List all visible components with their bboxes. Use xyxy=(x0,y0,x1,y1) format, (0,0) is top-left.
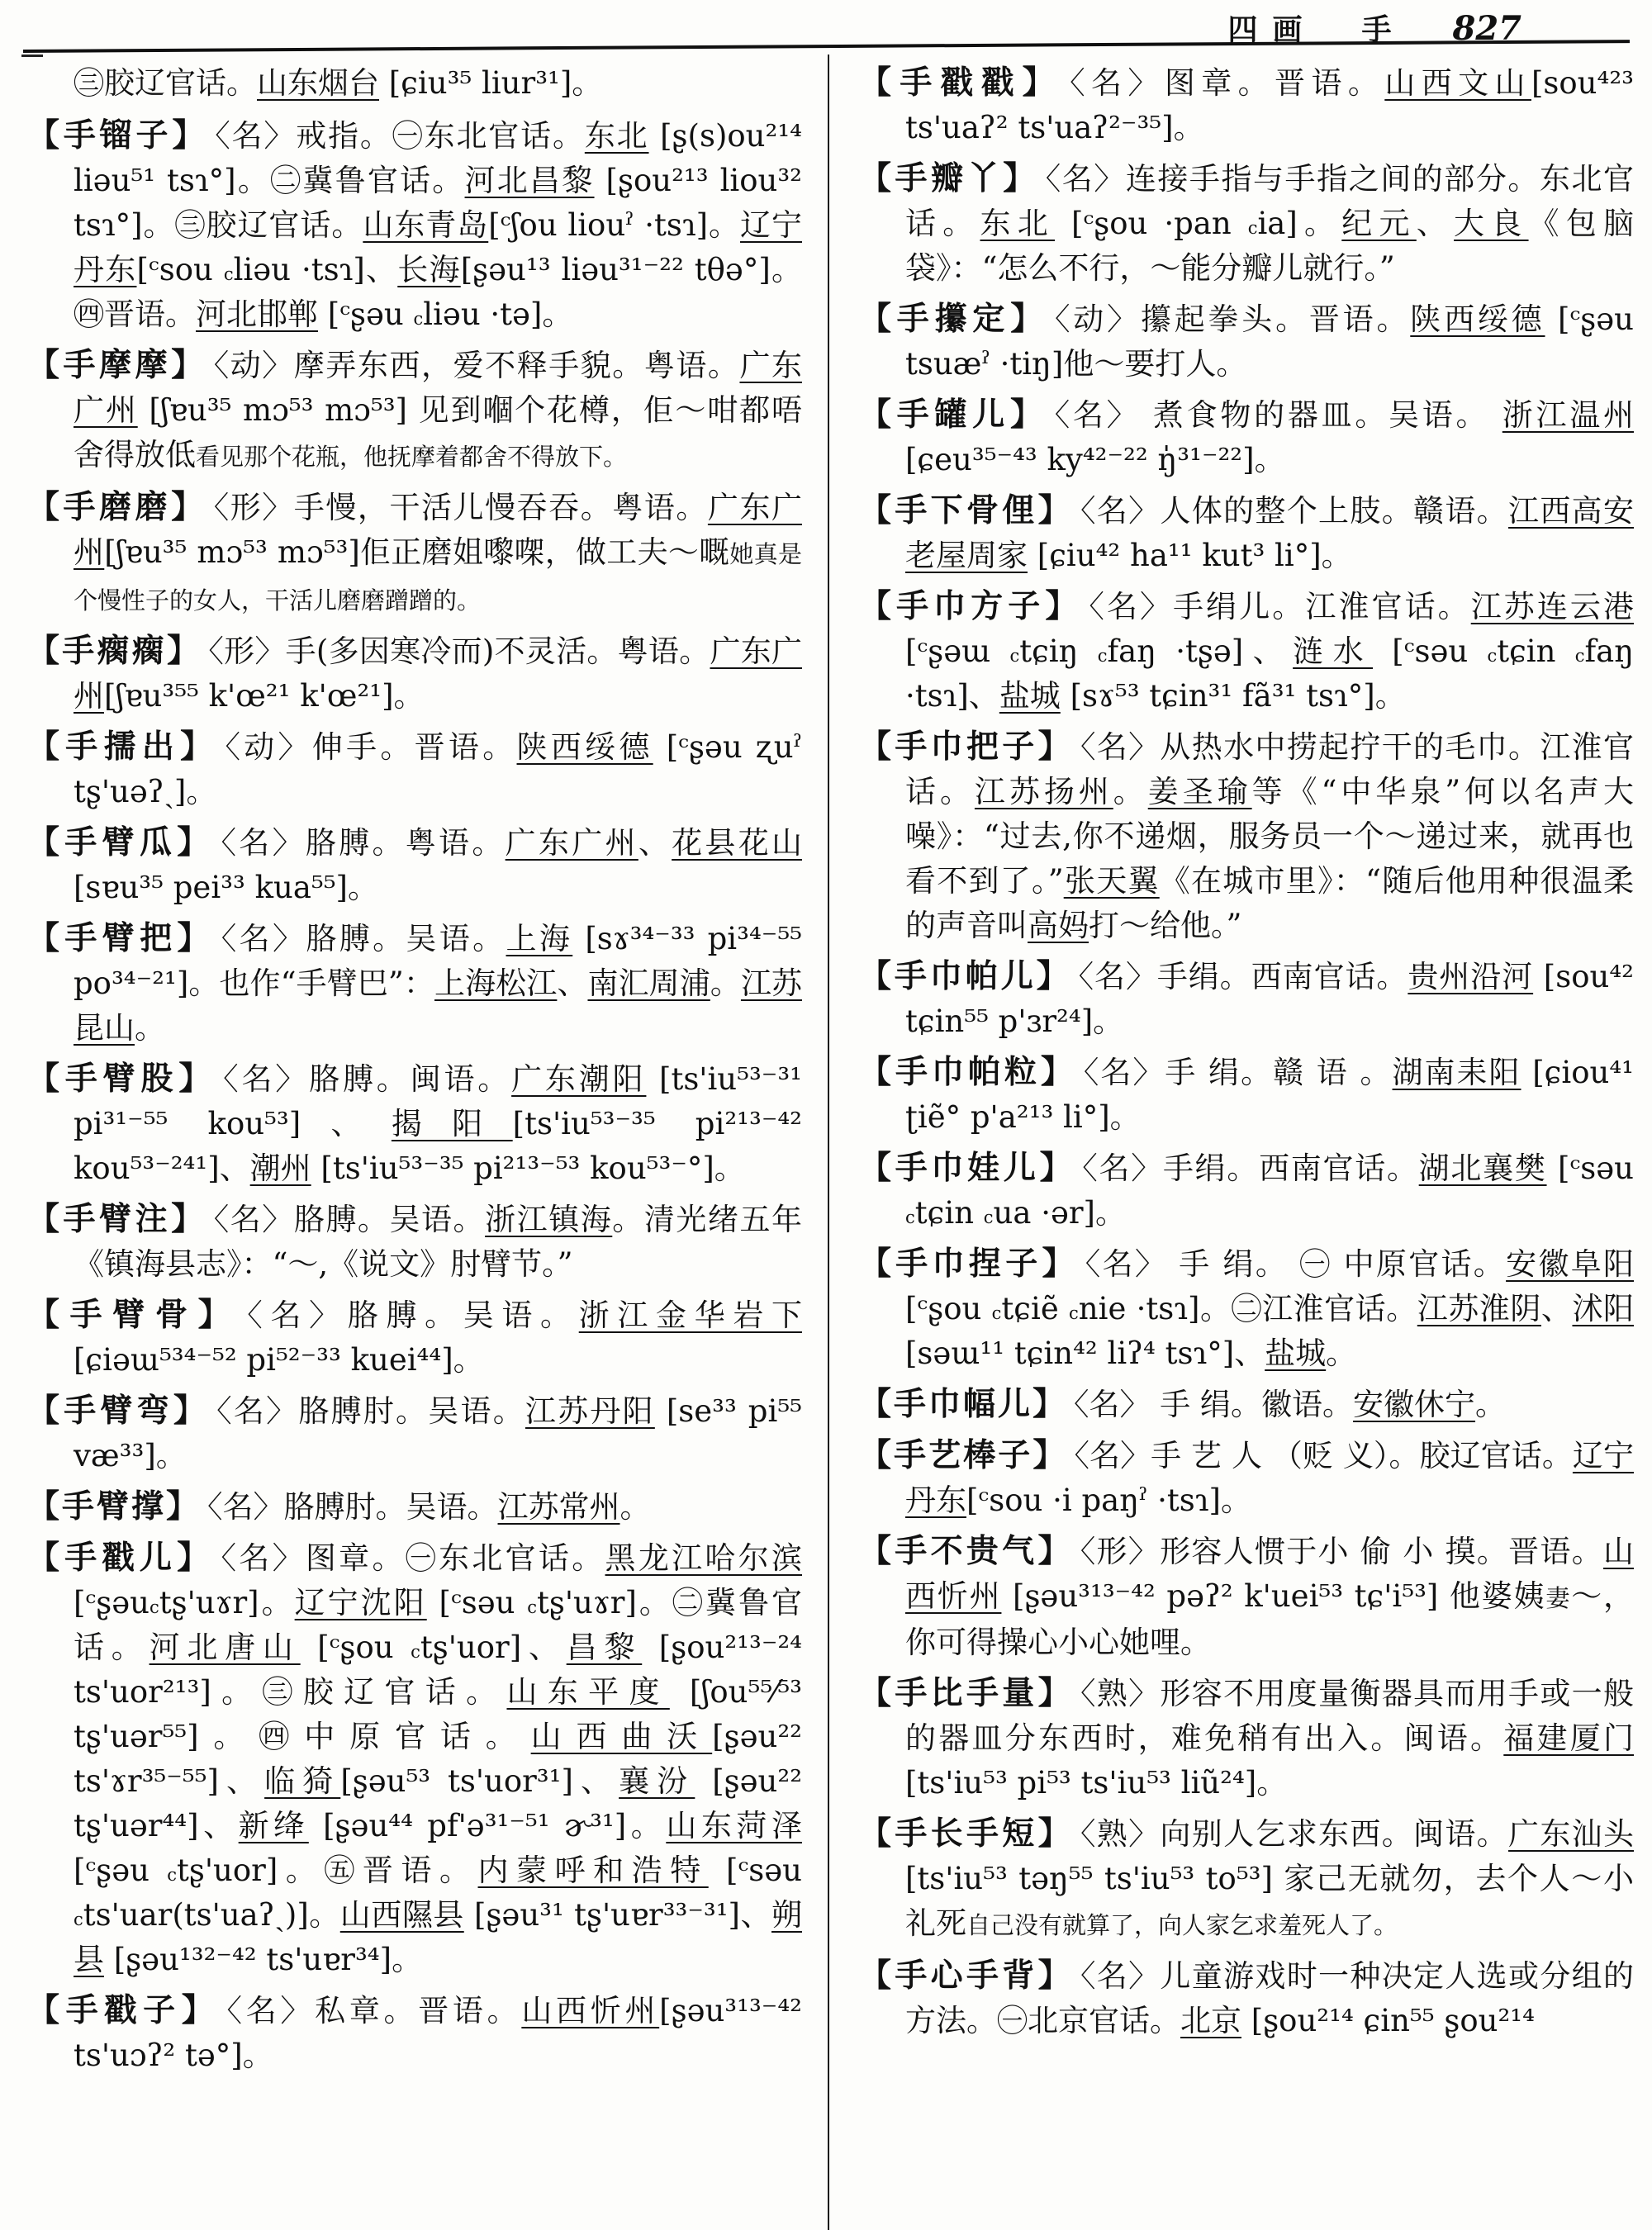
entry-headword: 【手巾捏子】 xyxy=(859,1245,1079,1283)
entry-headword: 【手巾娃儿】 xyxy=(859,1150,1075,1187)
dictionary-entry: 【手比手量】〈熟〉形容不用度量衡器具而用手或一般的器皿分东西时，难免稍有出入。闽… xyxy=(859,1672,1634,1805)
entry-headword: 【手瘸瘸】 xyxy=(27,633,202,670)
dictionary-entry: 【手臂瓜】〈名〉胳膊。粤语。广东广州、花县花山 [sɐu³⁵ pei³³ kua… xyxy=(27,821,802,910)
dictionary-entry: 【手戳儿】〈名〉图章。㊀东北官话。黑龙江哈尔滨 [ᶜʂəuctʂ'uɤr]。辽宁… xyxy=(27,1536,802,1982)
dictionary-entry: 【手巾捏子】〈名〉 手 绢。 ㊀ 中原官话。安徽阜阳 [ᶜʂou ctɕiẽ c… xyxy=(859,1242,1634,1376)
dictionary-entry: 【手不贵气】〈形〉形容人惯于小 偷 小 摸。晋语。山西忻州 [ʂəu³¹³⁻⁴²… xyxy=(859,1530,1634,1665)
entry-headword: 【手比手量】 xyxy=(859,1675,1074,1712)
entry-headword: 【手巾帕粒】 xyxy=(859,1054,1077,1091)
column-left: ㊂胶辽官话。山东烟台 [ɕiu³⁵ liur³¹]。【手镏子】〈名〉戒指。㊀东北… xyxy=(27,61,802,2230)
dictionary-entry: 【手下骨俚】〈名〉人体的整个上肢。赣语。江西高安老屋周家 [ɕiu⁴² ha¹¹… xyxy=(859,489,1634,578)
entry-headword: 【手磨磨】 xyxy=(27,489,207,526)
dictionary-entry: 【手巾幅儿】〈名〉 手 绢。徽语。安徽休宁。 xyxy=(859,1383,1634,1427)
entry-headword: 【手巾帕儿】 xyxy=(859,958,1072,995)
entry-headword: 【手心手背】 xyxy=(859,1957,1074,1995)
dictionary-entry: 【手罐儿】〈名〉 煮食物的器皿。吴语。 浙江温州 [ɕeu³⁵⁻⁴³ ky⁴²⁻… xyxy=(859,393,1634,482)
dictionary-entry: 【手心手背】〈名〉儿童游戏时一种决定人选或分组的方法。㊀北京官话。北京 [ʂou… xyxy=(859,1954,1634,2043)
dictionary-entry: 【手攥定】〈动〉攥起拳头。晋语。陕西绥德 [ᶜʂəu tsuæˀ ·tiŋ]他～… xyxy=(859,297,1634,387)
dictionary-entry: 【手巾把子】〈名〉从热水中捞起拧干的毛巾。江淮官话。江苏扬州。姜圣瑜等《“中华泉… xyxy=(859,725,1634,948)
entry-headword: 【手臂撑】 xyxy=(27,1488,201,1525)
dictionary-entry: 【手臂注】〈名〉胳膊。吴语。浙江镇海。清光绪五年《镇海县志》：“～,《说文》肘臂… xyxy=(27,1198,802,1287)
dictionary-entry: 【手瘸瘸】〈形〉手(多因寒冷而)不灵活。粤语。广东广州[ʃɐu³⁵⁵ k'œ²¹… xyxy=(27,629,802,719)
entry-headword: 【手臂骨】 xyxy=(27,1297,240,1334)
entry-headword: 【手巾方子】 xyxy=(859,588,1082,625)
dictionary-entry: 【手镏子】〈名〉戒指。㊀东北官话。东北 [ʂ(s)ou²¹⁴ liəu⁵¹ ts… xyxy=(27,114,802,337)
entry-headword: 【手臂股】 xyxy=(27,1060,216,1098)
entry-headword: 【手长手短】 xyxy=(859,1815,1074,1853)
entry-headword: 【手戳子】 xyxy=(27,1992,221,2029)
column-right: 【手戳戳】〈名〉图章。晋语。山西文山[sou⁴²³ ts'uaʔ² ts'uaʔ… xyxy=(859,61,1634,2230)
entry-headword: 【手下骨俚】 xyxy=(859,492,1074,529)
entry-headword: 【手臂瓜】 xyxy=(27,824,214,861)
entry-headword: 【手瓣丫】 xyxy=(859,160,1039,197)
entry-headword: 【手臂弯】 xyxy=(27,1393,210,1430)
dictionary-entry: 【手臂弯】〈名〉胳膊肘。吴语。江苏丹阳 [se³³ pi⁵⁵ væ³³]。 xyxy=(27,1389,802,1478)
entry-headword: 【手戳儿】 xyxy=(27,1540,214,1577)
dictionary-entry: 【手巾娃儿】〈名〉手绢。西南官话。湖北襄樊 [ᶜsəu ctɕin cua ·ə… xyxy=(859,1146,1634,1236)
dictionary-entry: 【手臂把】〈名〉胳膊。吴语。上海 [sɤ³⁴⁻³³ pi³⁴⁻⁵⁵ po³⁴⁻²… xyxy=(27,917,802,1051)
dictionary-entry: ㊂胶辽官话。山东烟台 [ɕiu³⁵ liur³¹]。 xyxy=(27,61,802,106)
entry-headword: 【手摩摩】 xyxy=(27,347,207,384)
entry-headword: 【手臂注】 xyxy=(27,1201,207,1238)
entry-headword: 【手臂把】 xyxy=(27,920,215,957)
entry-headword: 【手艺棒子】 xyxy=(859,1437,1067,1474)
entry-body: ㊂胶辽官话。山东烟台 [ɕiu³⁵ liur³¹]。 xyxy=(74,65,602,101)
entry-headword: 【手巾把子】 xyxy=(859,728,1074,766)
entry-headword: 【手擩出】 xyxy=(27,728,218,766)
entry-body: 〈名〉 手 绢。徽语。安徽休宁。 xyxy=(1074,1387,1506,1422)
entry-headword: 【手巾幅儿】 xyxy=(859,1386,1067,1423)
margin-tick xyxy=(21,55,43,57)
dictionary-entry: 【手摩摩】〈动〉摩弄东西，爱不释手貌。粤语。广东广州 [ʃɐu³⁵ mɔ⁵³ m… xyxy=(27,344,802,479)
dictionary-entry: 【手戳子】〈名〉私章。晋语。山西忻州[ʂəu³¹³⁻⁴² ts'uɔʔ² tə°… xyxy=(27,1989,802,2078)
column-divider xyxy=(828,55,829,2230)
entry-headword: 【手攥定】 xyxy=(859,301,1048,338)
entry-body: 〈名〉图章。㊀东北官话。黑龙江哈尔滨 [ᶜʂəuctʂ'uɤr]。辽宁沈阳 [ᶜ… xyxy=(74,1540,802,1977)
dictionary-entry: 【手臂撑】〈名〉胳膊肘。吴语。江苏常州。 xyxy=(27,1485,802,1530)
dictionary-entry: 【手臂股】〈名〉胳膊。闽语。广东潮阳 [ts'iu⁵³⁻³¹ pi³¹⁻⁵⁵ k… xyxy=(27,1057,802,1191)
entry-headword: 【手镏子】 xyxy=(27,117,208,154)
dictionary-entry: 【手巾帕粒】〈名〉手 绢。赣 语 。湖南耒阳 [ɕiou⁴¹ ʈiẽ° p'a²… xyxy=(859,1051,1634,1140)
dictionary-entry: 【手瓣丫】〈名〉连接手指与手指之间的部分。东北官话。东北 [ᶜʂou ·pan … xyxy=(859,157,1634,291)
dictionary-entry: 【手艺棒子】〈名〉手 艺 人 （贬 义）。胶辽官话。辽宁丹东[ᶜsou ·i p… xyxy=(859,1434,1634,1523)
entry-headword: 【手不贵气】 xyxy=(859,1533,1074,1570)
dictionary-entry: 【手长手短】〈熟〉向别人乞求东西。闽语。广东汕头 [ts'iu⁵³ təŋ⁵⁵ … xyxy=(859,1812,1634,1948)
dictionary-entry: 【手巾方子】〈名〉手绢儿。江淮官话。江苏连云港 [ᶜʂəɯ ctɕiŋ cfaŋ… xyxy=(859,585,1634,719)
dictionary-entry: 【手擩出】〈动〉伸手。晋语。陕西绥德 [ᶜʂəu ʐuˀ tʂ'uəʔˎ]。 xyxy=(27,725,802,814)
entry-body: 〈名〉胳膊肘。吴语。江苏常州。 xyxy=(207,1489,651,1525)
entry-headword: 【手罐儿】 xyxy=(859,396,1048,434)
dictionary-entry: 【手磨磨】〈形〉手慢，干活儿慢吞吞。粤语。广东广州[ʃɐu³⁵ mɔ⁵³ mɔ⁵… xyxy=(27,486,802,623)
entry-headword: 【手戳戳】 xyxy=(859,64,1063,102)
dictionary-entry: 【手戳戳】〈名〉图章。晋语。山西文山[sou⁴²³ ts'uaʔ² ts'uaʔ… xyxy=(859,61,1634,150)
dictionary-entry: 【手巾帕儿】〈名〉手绢。西南官话。贵州沿河 [sou⁴² tɕin⁵⁵ p'ɜr… xyxy=(859,955,1634,1044)
dictionary-entry: 【手臂骨】〈名〉胳膊。吴语。浙江金华岩下[ɕiəɯ⁵³⁴⁻⁵² pi⁵²⁻³³ … xyxy=(27,1293,802,1383)
